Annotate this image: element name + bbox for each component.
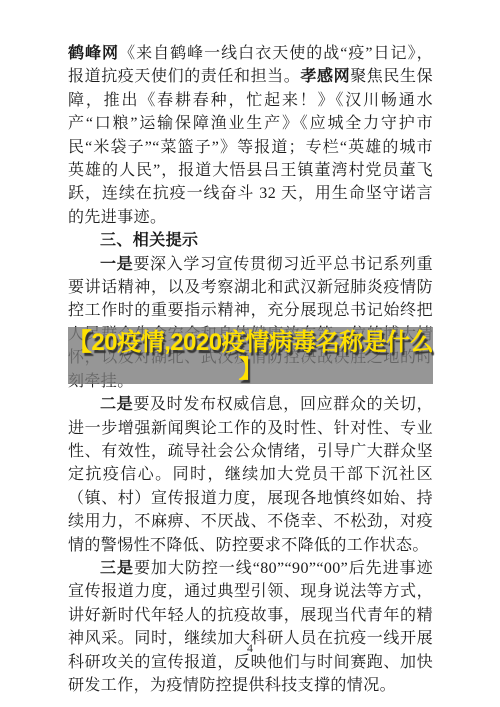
media-xiaogan-text: 聚焦民生保障，推出《春耕春种，忙起来！》《汉川畅通水产“口粮”运输保障渔业生产》… [68, 68, 449, 225]
paragraph-media-summary: 鹤峰网《来自鹤峰一线白衣天使的战“疫”日记》，报道抗疫天使们的责任和担当。孝感网… [68, 42, 433, 229]
section-heading: 三、相关提示 [68, 229, 433, 252]
document-body: 鹤峰网《来自鹤峰一线白衣天使的战“疫”日记》，报道抗疫天使们的责任和担当。孝感网… [68, 42, 433, 697]
point-one-label: 一是 [100, 256, 133, 273]
point-three-label: 三是 [100, 560, 134, 577]
paragraph-point-one: 一是要深入学习宣传贯彻习近平总书记系列重要讲话精神，以及考察湖北和武汉新冠肺炎疫… [68, 253, 433, 393]
point-one-text: 要深入学习宣传贯彻习近平总书记系列重要讲话精神，以及考察湖北和武汉新冠肺炎疫情防… [68, 256, 433, 390]
media-name-hefeng: 鹤峰网 [68, 45, 119, 62]
page-number: 4 [0, 641, 500, 656]
paragraph-point-three: 三是要加大防控一线“80”“90”“00”后先进事迹宣传报道力度，通过典型引领、… [68, 557, 433, 697]
document-page: 鹤峰网《来自鹤峰一线白衣天使的战“疫”日记》，报道抗疫天使们的责任和担当。孝感网… [0, 0, 500, 707]
paragraph-point-two: 二是要及时发布权威信息，回应群众的关切，进一步增强新闻舆论工作的及时性、针对性、… [68, 393, 433, 557]
point-two-label: 二是 [100, 396, 133, 413]
media-name-xiaogan: 孝感网 [300, 68, 350, 85]
point-two-text: 要及时发布权威信息，回应群众的关切，进一步增强新闻舆论工作的及时性、针对性、专业… [68, 396, 433, 553]
point-three-text: 要加大防控一线“80”“90”“00”后先进事迹宣传报道力度，通过典型引领、现身… [68, 560, 433, 694]
